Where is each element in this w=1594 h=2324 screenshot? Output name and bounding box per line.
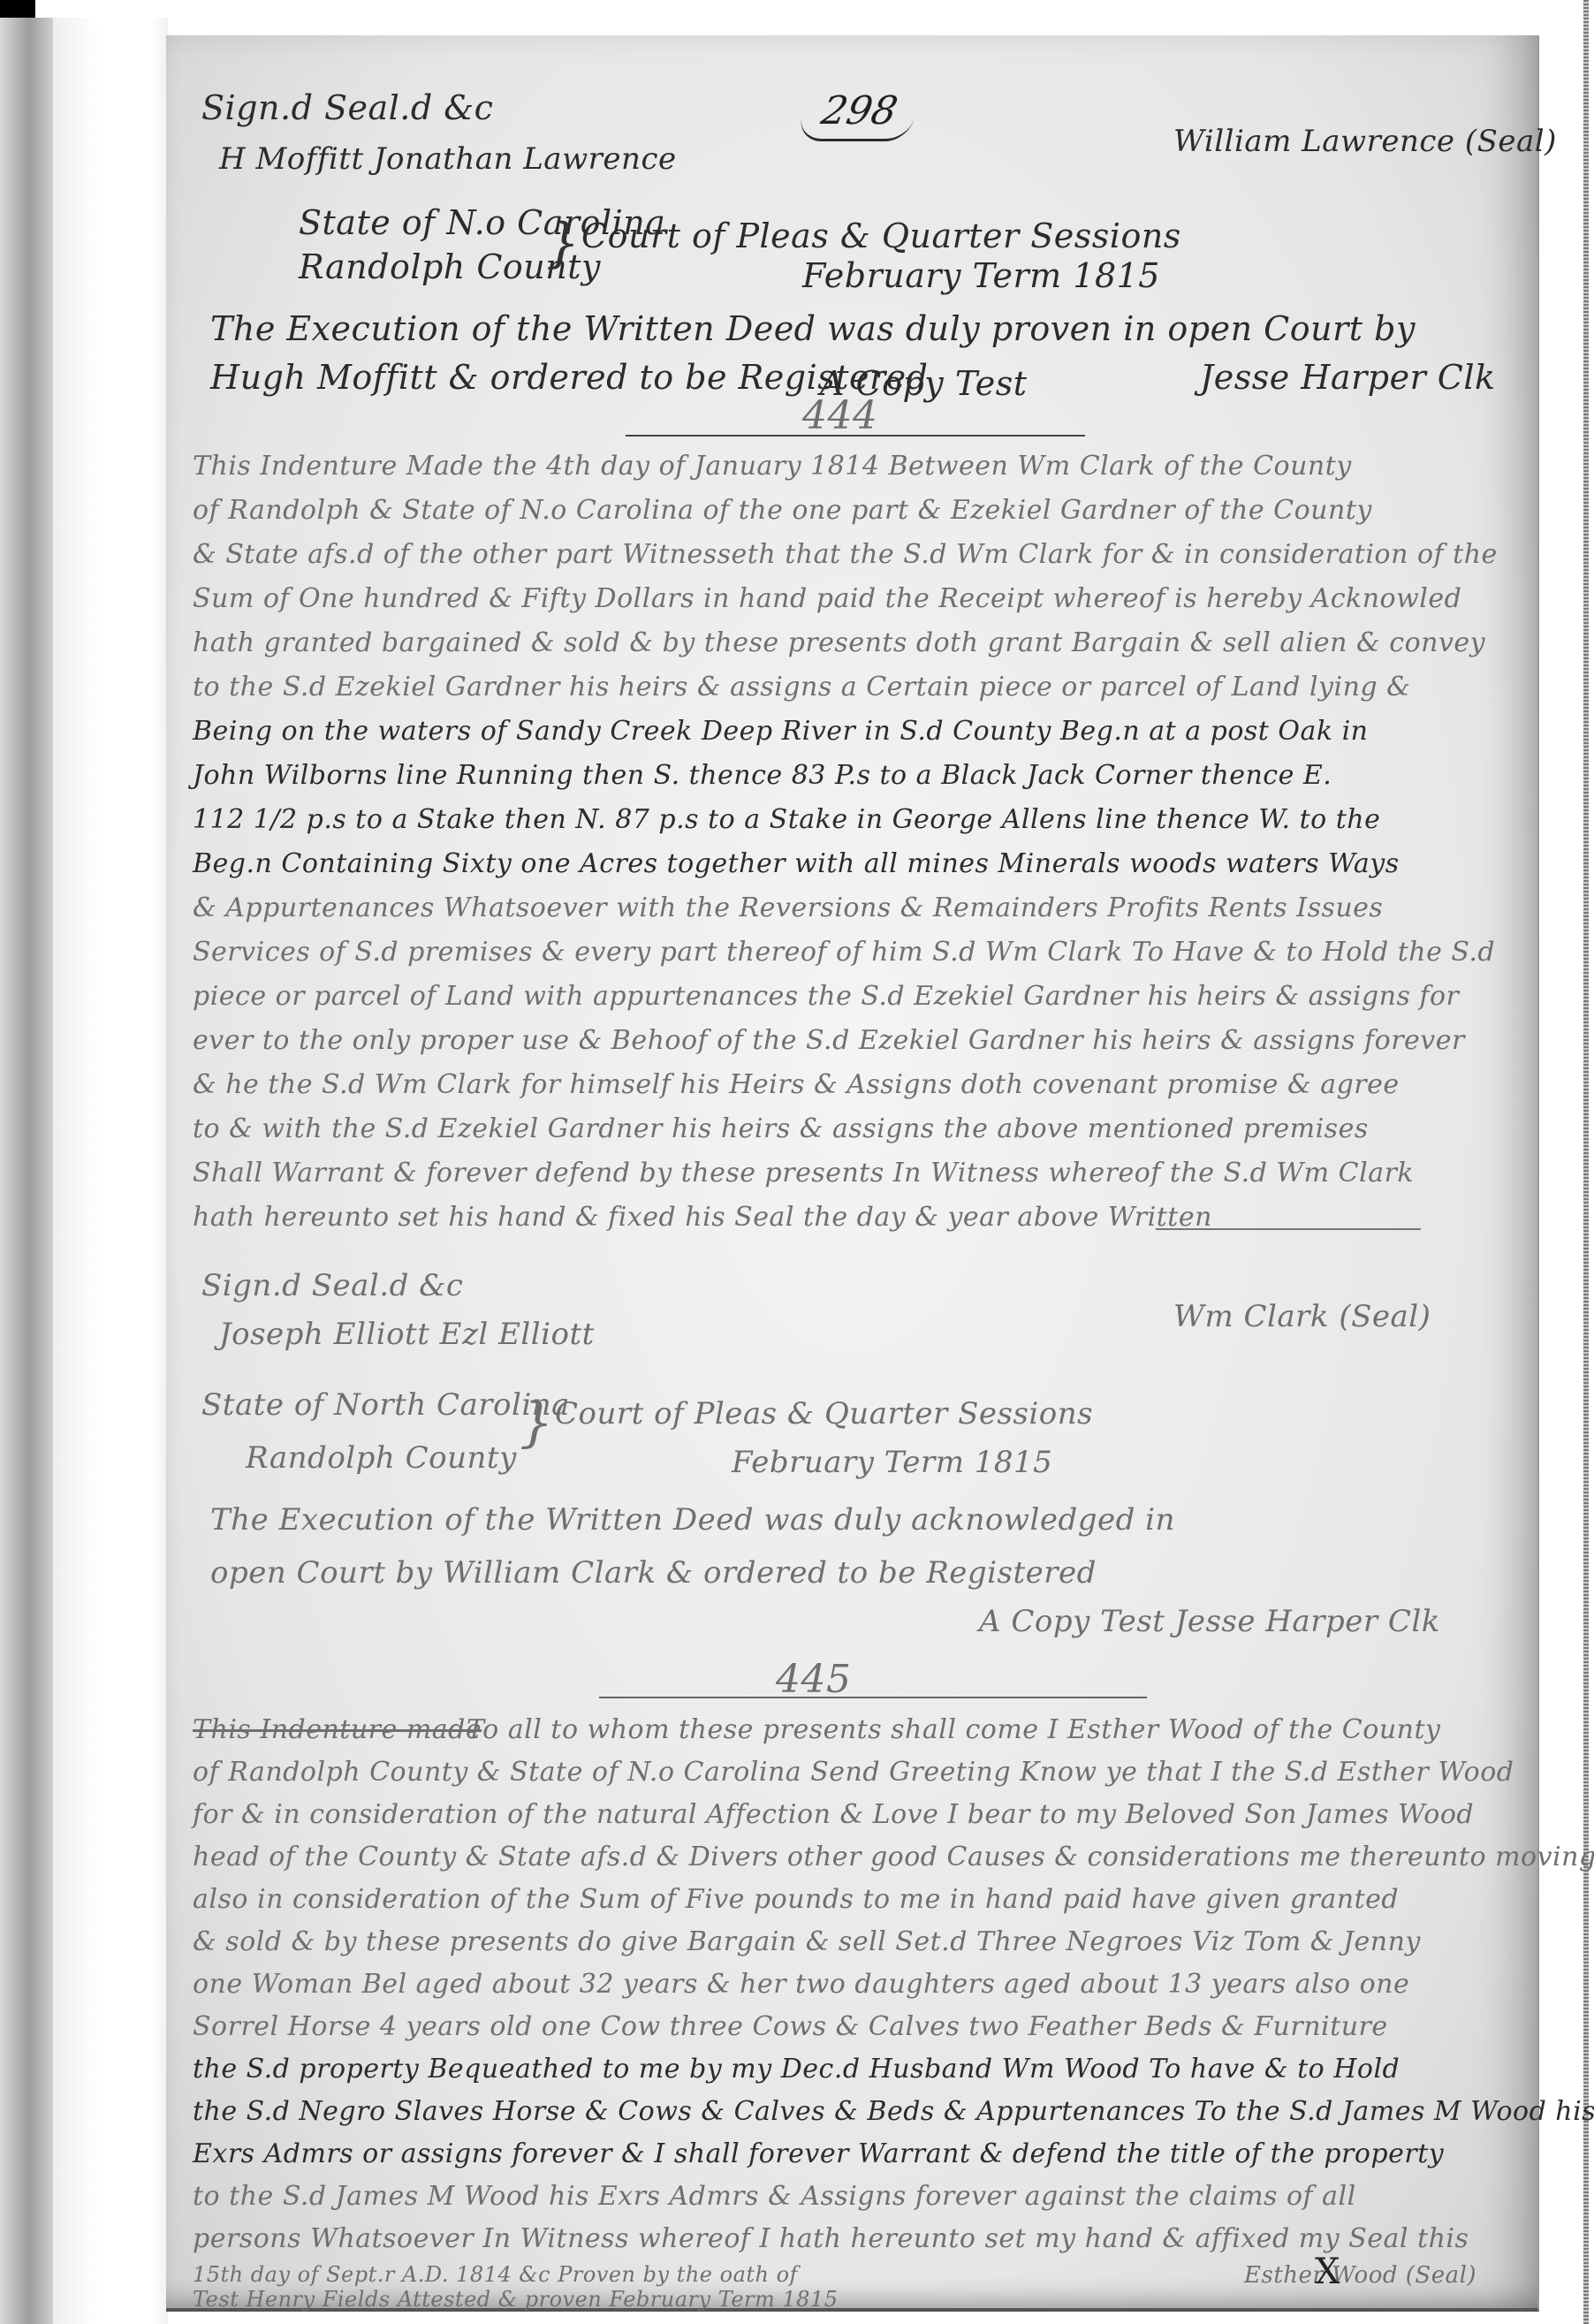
deed-445-line: Exrs Admrs or assigns forever & I shall … (193, 2138, 1444, 2169)
proof-line-1: The Execution of the Written Deed was du… (210, 309, 1416, 348)
deed-445-line: to the S.d James M Wood his Exrs Admrs &… (193, 2181, 1356, 2212)
grantor-signature: William Lawrence (Seal) (1173, 124, 1557, 159)
deed-number-445: 445 (776, 1657, 851, 1702)
attest-line: A Copy Test Jesse Harper Clk (979, 1604, 1440, 1639)
court-county: Randolph County (246, 1440, 517, 1476)
deed-444-line: piece or parcel of Land with appurtenanc… (193, 981, 1459, 1012)
deed-444-line: hath hereunto set his hand & fixed his S… (193, 1202, 1212, 1233)
right-edge-rule (1583, 0, 1589, 2324)
proof-line-1: The Execution of the Written Deed was du… (210, 1502, 1175, 1538)
deed-444-line: John Wilborns line Running then S. thenc… (193, 760, 1332, 791)
deed-445-line: Test Henry Fields Attested & proven Febr… (193, 2287, 838, 2312)
deed-445-line: head of the County & State afs.d & Diver… (193, 1842, 1594, 1872)
grantor-signature: Esther Wood (Seal) (1244, 2262, 1476, 2289)
deed-445-line: persons Whatsoever In Witness whereof I … (193, 2223, 1469, 2254)
deed-444-line: 112 1/2 p.s to a Stake then N. 87 p.s to… (193, 804, 1380, 835)
clerk-signature: Jesse Harper Clk (1200, 358, 1496, 397)
deed-number-444: 444 (802, 393, 877, 438)
deed-445-line: for & in consideration of the natural Af… (193, 1799, 1474, 1830)
book-binding-strip (0, 18, 53, 2324)
deed-444-line: & Appurtenances Whatsoever with the Reve… (193, 892, 1383, 923)
court-term: February Term 1815 (732, 1445, 1052, 1480)
deed-445-line: also in consideration of the Sum of Five… (193, 1884, 1399, 1915)
deed-444-line: This Indenture Made the 4th day of Janua… (193, 451, 1352, 482)
deed-445-line: one Woman Bel aged about 32 years & her … (193, 1969, 1409, 2000)
deed-444-line: Being on the waters of Sandy Creek Deep … (193, 716, 1369, 747)
deed-444-line: to the S.d Ezekiel Gardner his heirs & a… (193, 672, 1410, 703)
deed-445-line: Sorrel Horse 4 years old one Cow three C… (193, 2011, 1388, 2042)
deed-444-line: ever to the only proper use & Behoof of … (193, 1025, 1465, 1056)
scanner-corner-mark (0, 0, 35, 19)
deed-445-line: & sold & by these presents do give Barga… (193, 1926, 1421, 1957)
grantor-mark: X (1315, 2252, 1340, 2292)
court-brace: } (520, 1392, 554, 1454)
witnesses-line: H Moffitt Jonathan Lawrence (219, 141, 677, 177)
binding-gutter (53, 18, 168, 2324)
deed-445-line: 15th day of Sept.r A.D. 1814 &c Proven b… (193, 2262, 798, 2287)
line-end-dash (1156, 1228, 1421, 1230)
deed-444-line: Shall Warrant & forever defend by these … (193, 1158, 1414, 1189)
deed-445-line: To all to whom these presents shall come… (467, 1714, 1440, 1745)
deed-444-line: Beg.n Containing Sixty one Acres togethe… (193, 848, 1400, 879)
witnesses-line: Joseph Elliott Ezl Elliott (219, 1317, 595, 1352)
court-brace: } (546, 212, 581, 274)
court-term: February Term 1815 (802, 256, 1160, 295)
deed-444-line: hath granted bargained & sold & by these… (193, 627, 1485, 658)
deed-444-line: & he the S.d Wm Clark for himself his He… (193, 1069, 1400, 1100)
deed-444-line: & State afs.d of the other part Witnesse… (193, 539, 1498, 570)
deed-445-line: the S.d Negro Slaves Horse & Cows & Calv… (193, 2096, 1594, 2127)
manuscript-page: 298 Sign.d Seal.d &c H Moffitt Jonathan … (166, 35, 1539, 2312)
deed-444-line: to & with the S.d Ezekiel Gardner his he… (193, 1113, 1369, 1144)
page-number: 298 (796, 87, 921, 141)
deed-445-line: the S.d property Bequeathed to me by my … (193, 2054, 1400, 2085)
signed-sealed-line: Sign.d Seal.d &c (201, 1268, 463, 1303)
proof-line-2: open Court by William Clark & ordered to… (210, 1555, 1097, 1591)
deed-444-line: of Randolph & State of N.o Carolina of t… (193, 495, 1372, 526)
deed-444-line: Services of S.d premises & every part th… (193, 937, 1495, 968)
deed-445-line: of Randolph County & State of N.o Caroli… (193, 1757, 1514, 1788)
section-rule-445 (599, 1697, 1147, 1698)
court-name: Court of Pleas & Quarter Sessions (555, 1396, 1093, 1432)
court-name: Court of Pleas & Quarter Sessions (581, 216, 1181, 255)
deed-444-line: Sum of One hundred & Fifty Dollars in ha… (193, 583, 1461, 614)
grantor-signature: Wm Clark (Seal) (1173, 1299, 1431, 1334)
signed-sealed-line: Sign.d Seal.d &c (201, 88, 493, 127)
court-state: State of North Carolina (201, 1387, 570, 1423)
struck-opening-text: This Indenture made (193, 1714, 482, 1745)
